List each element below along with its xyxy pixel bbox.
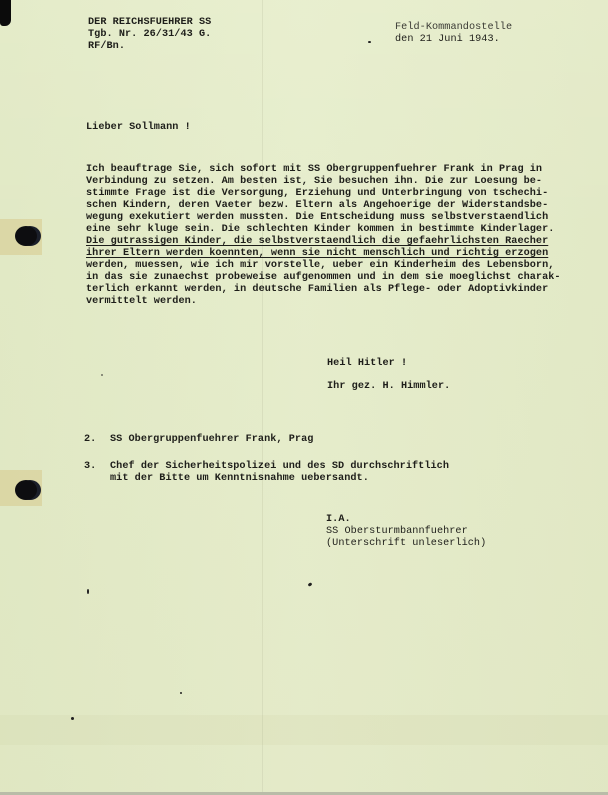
- reference-number: Tgb. Nr. 26/31/43 G.: [88, 29, 211, 41]
- body-line: in das sie zunaechst probeweise aufgenom…: [86, 272, 561, 284]
- place: Feld-Kommandostelle: [395, 22, 512, 34]
- body-line: vermittelt werden.: [86, 296, 197, 308]
- speck: [368, 41, 371, 43]
- body-line: wegung exekutiert werden mussten. Die En…: [86, 212, 548, 224]
- body-line: ihrer Eltern werden koennten, wenn sie n…: [86, 248, 548, 260]
- punch-hole-icon: [15, 480, 37, 500]
- date: den 21 Juni 1943.: [395, 34, 500, 46]
- distribution-number: 3.: [84, 461, 96, 473]
- signature-note: (Unterschrift unleserlich): [326, 538, 486, 550]
- punch-hole-icon: [15, 226, 37, 246]
- scanned-letter-page: DER REICHSFUEHRER SS Tgb. Nr. 26/31/43 G…: [0, 0, 608, 795]
- signature-rank: SS Obersturmbannfuehrer: [326, 526, 468, 538]
- paper-crease: [262, 0, 263, 795]
- body-line: terlich erkannt werden, in deutsche Fami…: [86, 284, 548, 296]
- closing-signature: Ihr gez. H. Himmler.: [327, 381, 450, 393]
- body-line: eine sehr kluge sein. Die schlechten Kin…: [86, 224, 554, 236]
- salutation: Lieber Sollmann !: [86, 122, 191, 134]
- initials: RF/Bn.: [88, 41, 125, 53]
- speck: [87, 589, 89, 594]
- body-line: stimmte Frage ist die Versorgung, Erzieh…: [86, 188, 548, 200]
- distribution-recipient: Chef der Sicherheitspolizei und des SD d…: [110, 461, 449, 473]
- speck: [308, 582, 313, 587]
- ink-mark-icon: [0, 0, 11, 26]
- speck: [71, 717, 74, 720]
- speck: [180, 692, 182, 694]
- body-line: Ich beauftrage Sie, sich sofort mit SS O…: [86, 164, 542, 176]
- body-line: Die gutrassigen Kinder, die selbstversta…: [86, 236, 548, 248]
- body-line: schen Kindern, deren Vaeter bezw. Eltern…: [86, 200, 548, 212]
- body-line: Verbindung zu setzen. Am besten ist, Sie…: [86, 176, 542, 188]
- distribution-note: mit der Bitte um Kenntnisnahme uebersand…: [110, 473, 369, 485]
- speck: [101, 374, 103, 376]
- distribution-recipient: SS Obergruppenfuehrer Frank, Prag: [110, 434, 313, 446]
- paper-fold-shadow: [0, 715, 608, 745]
- sender-line: DER REICHSFUEHRER SS: [88, 17, 211, 29]
- signature-ia: I.A.: [326, 514, 351, 526]
- body-line: werden, muessen, wie ich mir vorstelle, …: [86, 260, 554, 272]
- closing-greeting: Heil Hitler !: [327, 358, 407, 370]
- distribution-number: 2.: [84, 434, 96, 446]
